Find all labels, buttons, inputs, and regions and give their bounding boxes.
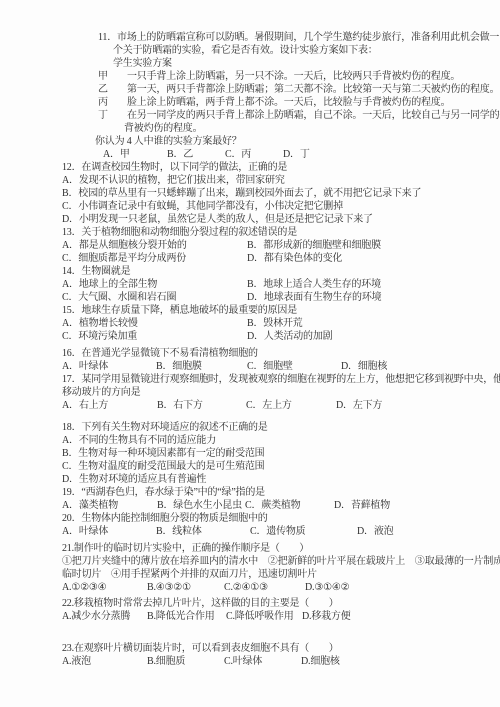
text-segment: 13．关于植物细胞和动物细胞分裂过程的叙述错误的是 <box>62 227 297 238</box>
text-segment: A．叶绿体 <box>62 360 156 373</box>
text-line: 临时切片 ④用手捏紧两个并排的双面刀片，迅速切割叶片 <box>62 568 500 581</box>
text-segment: B．校园的草丛里有一只蟋蟀蹦了出来，蹦到校园外面去了，就不用把它记录下来了 <box>62 188 421 199</box>
text-segment: B．绿色水生小昆虫 <box>157 499 245 512</box>
text-segment: A．地球上的全部生物 <box>62 278 247 291</box>
text-line: 丙脸上涂上防晒霜，两手背上都不涂。一天后，比较脸与手背被灼伤的程度。 <box>98 96 500 109</box>
text-segment: 11．市场上的防晒霜宣称可以防晒。暑假期间，几个学生邀约徒步旅行，准备利用此机会… <box>98 32 499 43</box>
text-segment: 临时切片 ④用手捏紧两个并排的双面刀片，迅速切割叶片 <box>62 569 317 580</box>
text-line: A.①②③④B.④③②①C.②④①③D.③①④② <box>62 581 500 594</box>
text-line: 20．生物体内能控制细胞分裂的物质是细胞中的 <box>62 512 500 525</box>
text-line: 12．在调查校园生物时，以下同学的做法，正确的是 <box>62 161 500 174</box>
text-segment: A．不同的生物具有不同的适应能力 <box>62 435 216 446</box>
text-segment: B．毁林开荒 <box>247 318 302 329</box>
text-line: A．叶绿体B．细胞膜C．细胞壁D．细胞核 <box>62 360 500 373</box>
text-line: 丁在另一同学皮的两只手背上都涂上防晒霜，自己不涂。一天后，比较自己与另一同学的手 <box>98 109 500 122</box>
text-segment: 23.在观察叶片横切面装片时，可以看到表皮细胞不具有（ ） <box>62 643 339 654</box>
text-line: D．小明发现一只老鼠，虽然它是人类的敌人，但是还是把它记录下来了 <box>62 213 500 226</box>
text-segment: B.④③②① <box>147 581 224 594</box>
text-segment: C．细胞质都是平均分成两份 <box>62 252 247 265</box>
text-line: C．细胞质都是平均分成两份D．都有染色体的变化 <box>62 252 500 265</box>
text-segment: A.①②③④ <box>62 581 147 594</box>
text-segment: A．叶绿体 <box>62 525 156 538</box>
text-line: A．甲B．乙C．丙D．丁 <box>103 148 500 161</box>
exam-page: 11．市场上的防晒霜宣称可以防晒。暑假期间，几个学生邀约徒步旅行，准备利用此机会… <box>0 0 500 707</box>
text-line: C．小伟调查记录中有蚊蝇，其他同学都没有，小伟决定把它删掉 <box>62 200 500 213</box>
text-segment: B．右下方 <box>157 399 246 412</box>
text-segment: 12．在调查校园生物时，以下同学的做法，正确的是 <box>62 162 287 173</box>
text-segment: 21.制作叶的临时切片实验中，正确的操作顺序是（ ） <box>62 543 309 554</box>
text-segment: B．地球上适合人类生存的环境 <box>247 279 381 290</box>
text-segment: 你认为 4 人中谁的实验方案最好？ <box>95 136 242 147</box>
text-segment: A．都是从细胞核分裂开始的 <box>62 239 247 252</box>
text-line: A．发现不认识的植物，把它们拔出来，带回家研究 <box>62 174 500 187</box>
text-line: 背被灼伤的程度。 <box>124 122 500 135</box>
text-segment: D．丁 <box>283 149 310 160</box>
text-segment: C．细胞壁 <box>247 360 341 373</box>
text-line: B．校园的草丛里有一只蟋蟀蹦了出来，蹦到校园外面去了，就不用把它记录下来了 <box>62 187 500 200</box>
text-segment: D．人类活动的加剧 <box>247 331 332 342</box>
text-segment: C．环境污染加重 <box>62 330 247 343</box>
text-segment: C．蕨类植物 <box>245 499 334 512</box>
text-line: 乙第一天，两只手背都涂上防晒霜；第二天都不涂。比较第一天与第二天被灼伤的程度。 <box>98 83 500 96</box>
text-line: A．都是从细胞核分裂开始的B．都形成新的细胞壁和细胞膜 <box>62 239 500 252</box>
text-segment: D.③①④② <box>305 582 349 593</box>
text-line: A．叶绿体B．线粒体C．遗传物质D．液泡 <box>62 525 500 538</box>
text-segment: ①把刀片夹缝中的薄片放在培养皿内的清水中 ②把新鲜的叶片平展在载玻片上 ③取最薄… <box>62 556 500 567</box>
text-segment: 移动玻片的方向是 <box>62 387 140 398</box>
text-segment: B．线粒体 <box>156 525 250 538</box>
text-line: 22.移栽植物时常常去掉几片叶片，这样做的目的主要是（ ） <box>62 597 500 610</box>
text-line: 14．生物圈就是 <box>62 265 500 278</box>
text-line: 甲一只手背上涂上防晒霜，另一只不涂。一天后，比较两只手背被灼伤的程度。 <box>98 70 500 83</box>
text-segment: 在另一同学皮的两只手背上都涂上防晒霜，自己不涂。一天后，比较自己与另一同学的手 <box>127 110 500 121</box>
text-segment: A．藻类植物 <box>62 499 157 512</box>
text-segment: 乙 <box>98 83 127 96</box>
text-segment: 丙 <box>98 96 127 109</box>
text-segment: B．乙 <box>167 148 225 161</box>
text-line: 16．在普通光学显微镜下不易看清植物细胞的 <box>62 347 500 360</box>
text-segment: 14．生物圈就是 <box>62 266 130 277</box>
text-segment: C．丙 <box>225 148 283 161</box>
text-line: 移动玻片的方向是 <box>62 386 500 399</box>
text-line: 15．地球生存质量下降，栖息地破坏的最重要的原因是 <box>62 304 500 317</box>
text-segment: B．生物对每一种环境因素都有一定的耐受范围 <box>62 448 264 459</box>
text-line: 23.在观察叶片横切面装片时，可以看到表皮细胞不具有（ ） <box>62 642 500 655</box>
text-segment: B．都形成新的细胞壁和细胞膜 <box>247 240 381 251</box>
text-segment: A．发现不认识的植物，把它们拔出来，带回家研究 <box>62 175 285 186</box>
text-line: C．生物对温度的耐受范围最大的是可生殖范围 <box>62 460 500 473</box>
text-segment: 16．在普通光学显微镜下不易看清植物细胞的 <box>62 348 258 359</box>
text-line: ①把刀片夹缝中的薄片放在培养皿内的清水中 ②把新鲜的叶片平展在载玻片上 ③取最薄… <box>62 555 500 568</box>
text-segment: B.降低光合作用 <box>147 610 226 623</box>
text-segment: A.减少水分蒸腾 <box>62 610 147 623</box>
text-line: D．生物对环境的适应具有普遍性 <box>62 473 500 486</box>
text-line: A．地球上的全部生物B．地球上适合人类生存的环境 <box>62 278 500 291</box>
text-segment: C．生物对温度的耐受范围最大的是可生殖范围 <box>62 461 264 472</box>
text-line: A．植物增长较慢B．毁林开荒 <box>62 317 500 330</box>
text-segment: A.液泡 <box>62 655 147 668</box>
text-line: 18．下列有关生物对环境适应的叙述不正确的是 <box>62 421 500 434</box>
text-segment: B．细胞膜 <box>156 360 247 373</box>
text-segment: 15．地球生存质量下降，栖息地破坏的最重要的原因是 <box>62 305 297 316</box>
text-segment: 脸上涂上防晒霜，两手背上都不涂。一天后，比较脸与手背被灼伤的程度。 <box>127 97 450 108</box>
text-line: 11．市场上的防晒霜宣称可以防晒。暑假期间，几个学生邀约徒步旅行，准备利用此机会… <box>98 31 500 44</box>
text-segment: D．地球表面有生物生存的环境 <box>247 292 381 303</box>
text-line: 21.制作叶的临时切片实验中，正确的操作顺序是（ ） <box>62 542 500 555</box>
text-segment: A．植物增长较慢 <box>62 317 247 330</box>
text-segment: 个关于防晒霜的实验，看它是否有效。设计实验方案如下表： <box>113 45 378 56</box>
text-segment: A．右上方 <box>62 399 157 412</box>
text-segment: 丁 <box>98 109 127 122</box>
text-line: 17．某同学用显微镜进行观察细胞时，发现被观察的细胞在视野的左上方，他想把它移到… <box>62 373 500 386</box>
text-segment: 19．“西湖春色归，春水绿于染”中的“绿”指的是 <box>62 487 265 498</box>
text-line: C．大气圈、水圈和岩石圈D．地球表面有生物生存的环境 <box>62 291 500 304</box>
text-segment: D．左下方 <box>336 400 382 411</box>
text-line: C．环境污染加重D．人类活动的加剧 <box>62 330 500 343</box>
text-segment: B.细胞质 <box>147 655 224 668</box>
text-segment: C.叶绿体 <box>224 655 301 668</box>
text-segment: D．小明发现一只老鼠，虽然它是人类的敌人，但是还是把它记录下来了 <box>62 214 373 225</box>
text-line: 19．“西湖春色归，春水绿于染”中的“绿”指的是 <box>62 486 500 499</box>
text-segment: C.降低呼吸作用 <box>226 610 302 623</box>
text-segment: 22.移栽植物时常常去掉几片叶片，这样做的目的主要是（ ） <box>62 598 339 609</box>
text-segment: 甲 <box>98 70 127 83</box>
text-segment: D．苔藓植物 <box>334 500 390 511</box>
text-segment: D．细胞核 <box>341 361 387 372</box>
text-segment: 第一天，两只手背都涂上防晒霜；第二天都不涂。比较第一天与第二天被灼伤的程度。 <box>127 84 499 95</box>
text-line: A．藻类植物B．绿色水生小昆虫C．蕨类植物D．苔藓植物 <box>62 499 500 512</box>
text-segment: A．甲 <box>103 148 167 161</box>
text-line: B．生物对每一种环境因素都有一定的耐受范围 <box>62 447 500 460</box>
text-line: 你认为 4 人中谁的实验方案最好？ <box>95 135 500 148</box>
text-segment: D.移栽方便 <box>302 611 351 622</box>
text-line: A．右上方B．右下方C．左上方D．左下方 <box>62 399 500 412</box>
text-segment: 18．下列有关生物对环境适应的叙述不正确的是 <box>62 422 268 433</box>
text-segment: C．遗传物质 <box>250 525 357 538</box>
text-segment: 背被灼伤的程度。 <box>124 123 202 134</box>
text-segment: D.细胞核 <box>301 656 340 667</box>
text-segment: 20．生物体内能控制细胞分裂的物质是细胞中的 <box>62 513 268 524</box>
text-segment: D．液泡 <box>357 526 393 537</box>
text-segment: C．大气圈、水圈和岩石圈 <box>62 291 247 304</box>
text-segment: C．小伟调查记录中有蚊蝇，其他同学都没有，小伟决定把它删掉 <box>62 201 343 212</box>
text-line: A.液泡B.细胞质C.叶绿体D.细胞核 <box>62 655 500 668</box>
text-line: A.减少水分蒸腾B.降低光合作用C.降低呼吸作用D.移栽方便 <box>62 610 500 623</box>
text-line: 个关于防晒霜的实验，看它是否有效。设计实验方案如下表： <box>113 44 500 57</box>
text-segment: D．都有染色体的变化 <box>247 253 342 264</box>
text-segment: C.②④①③ <box>224 581 305 594</box>
text-segment: 一只手背上涂上防晒霜，另一只不涂。一天后，比较两只手背被灼伤的程度。 <box>127 71 460 82</box>
text-line: 13．关于植物细胞和动物细胞分裂过程的叙述错误的是 <box>62 226 500 239</box>
text-segment: 学生实验方案 <box>113 58 172 69</box>
text-line: A．不同的生物具有不同的适应能力 <box>62 434 500 447</box>
text-segment: C．左上方 <box>246 399 336 412</box>
text-line: 学生实验方案 <box>113 57 500 70</box>
text-segment: 17．某同学用显微镜进行观察细胞时，发现被观察的细胞在视野的左上方，他想把它移到… <box>62 374 500 385</box>
text-segment: D．生物对环境的适应具有普遍性 <box>62 474 206 485</box>
